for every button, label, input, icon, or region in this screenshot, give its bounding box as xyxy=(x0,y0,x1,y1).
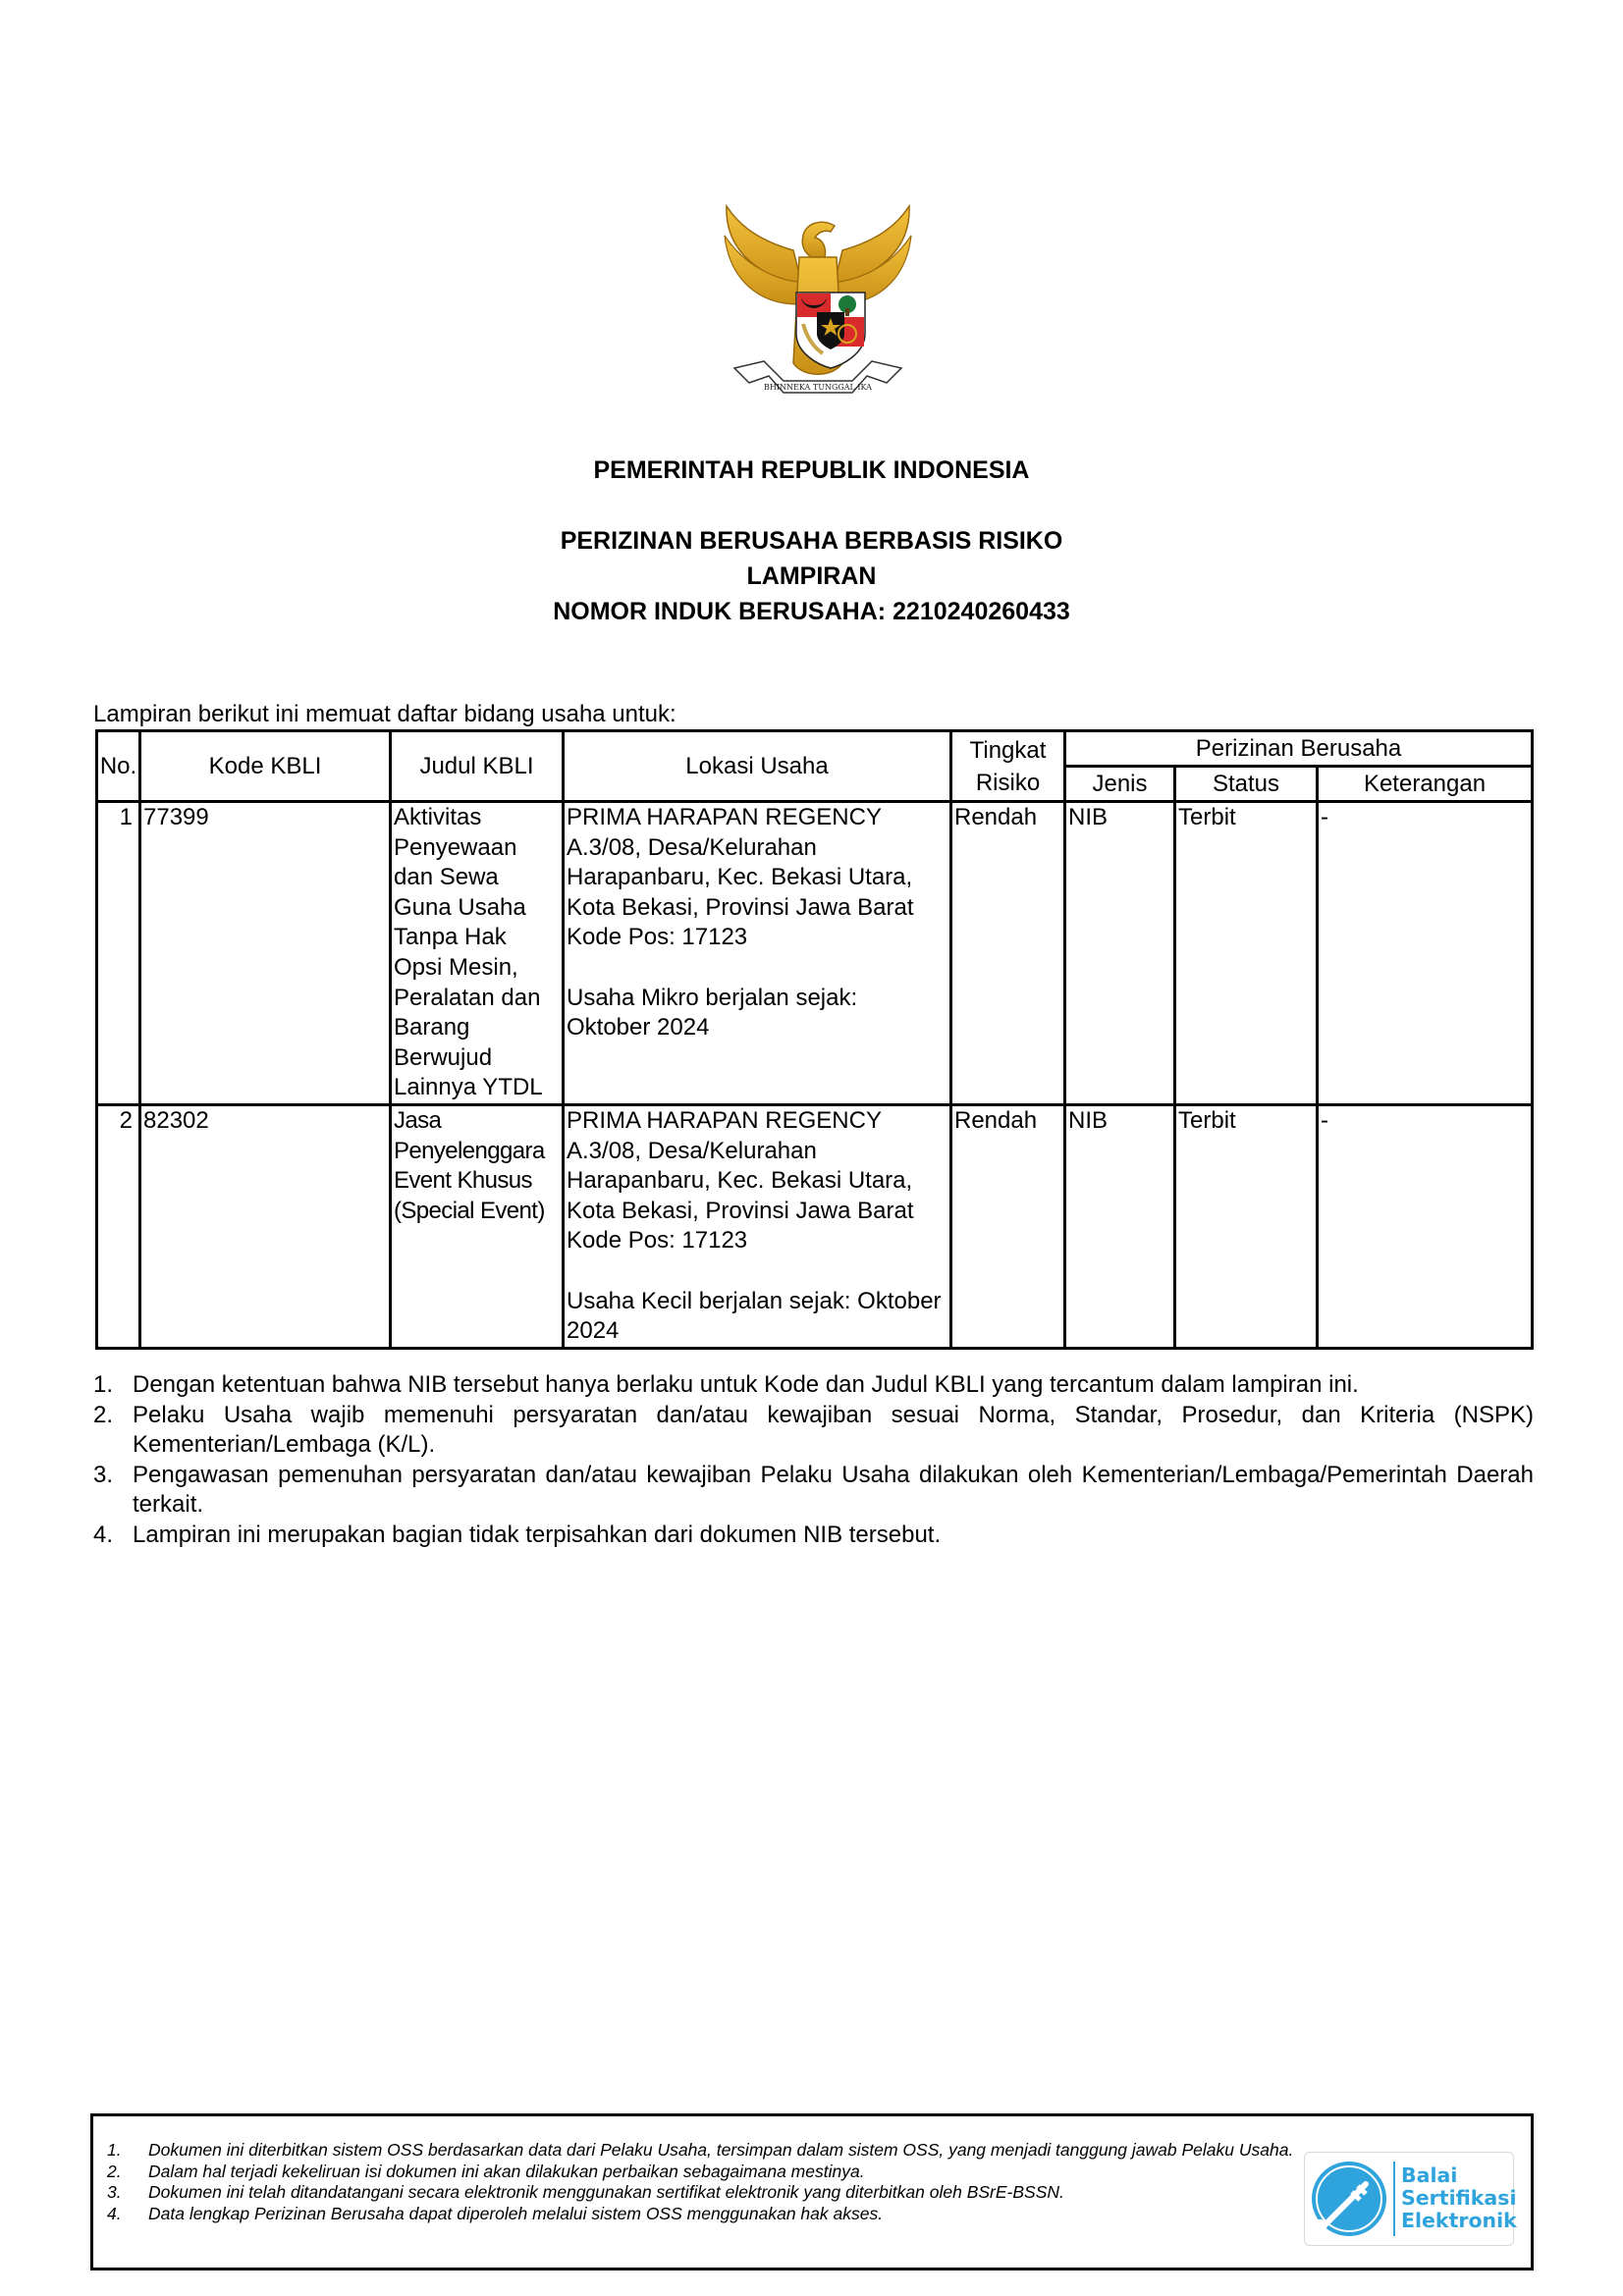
disclaimer-text: Data lengkap Perizinan Berusaha dapat di… xyxy=(148,2204,883,2225)
notes-list: 1.Dengan ketentuan bahwa NIB tersebut ha… xyxy=(93,1370,1534,1551)
cell-keterangan: - xyxy=(1318,802,1533,1105)
note-text: Lampiran ini merupakan bagian tidak terp… xyxy=(133,1521,1534,1551)
disclaimer-number: 1. xyxy=(107,2140,148,2162)
disclaimer-footer: 1.Dokumen ini diterbitkan sistem OSS ber… xyxy=(90,2113,1534,2270)
brand-line-3: Elektronik xyxy=(1401,2210,1517,2232)
cell-status: Terbit xyxy=(1175,1105,1318,1349)
cell-judul-kbli: Aktivitas Penyewaan dan Sewa Guna Usaha … xyxy=(391,802,564,1105)
table-row: 2 82302 Jasa Penyelenggara Event Khusus … xyxy=(97,1105,1533,1349)
bsre-logo: Balai Sertifikasi Elektronik xyxy=(1304,2152,1514,2246)
note-item: 4.Lampiran ini merupakan bagian tidak te… xyxy=(93,1521,1534,1551)
disclaimer-item: 2.Dalam hal terjadi kekeliruan isi dokum… xyxy=(107,2162,1295,2183)
disclaimer-number: 3. xyxy=(107,2182,148,2204)
header-tingkat-risiko: Tingkat Risiko xyxy=(951,731,1065,802)
brand-line-2: Sertifikasi xyxy=(1401,2187,1517,2210)
title-line-3-nib: NOMOR INDUK BERUSAHA: 2210240260433 xyxy=(0,594,1623,629)
header-keterangan: Keterangan xyxy=(1318,767,1533,802)
intro-text: Lampiran berikut ini memuat daftar bidan… xyxy=(93,700,676,729)
kbli-table: No. Kode KBLI Judul KBLI Lokasi Usaha Ti… xyxy=(95,729,1534,1350)
note-number: 3. xyxy=(93,1461,133,1521)
disclaimer-item: 1.Dokumen ini diterbitkan sistem OSS ber… xyxy=(107,2140,1295,2162)
disclaimer-number: 4. xyxy=(107,2204,148,2225)
bsre-brand-text: Balai Sertifikasi Elektronik xyxy=(1401,2164,1517,2232)
cell-tingkat-risiko: Rendah xyxy=(951,1105,1065,1349)
note-text: Pengawasan pemenuhan persyaratan dan/ata… xyxy=(133,1461,1534,1521)
cell-kode-kbli: 77399 xyxy=(140,802,391,1105)
note-number: 1. xyxy=(93,1370,133,1401)
title-line-2: LAMPIRAN xyxy=(0,559,1623,594)
disclaimer-number: 2. xyxy=(107,2162,148,2183)
header-kode-kbli: Kode KBLI xyxy=(140,731,391,802)
cell-keterangan: - xyxy=(1318,1105,1533,1349)
disclaimer-item: 3.Dokumen ini telah ditandatangani secar… xyxy=(107,2182,1295,2204)
garuda-emblem-icon: BHINNEKA TUNGGAL IKA xyxy=(705,196,931,422)
key-icon xyxy=(1309,2157,1389,2241)
note-number: 2. xyxy=(93,1401,133,1461)
table-row: 1 77399 Aktivitas Penyewaan dan Sewa Gun… xyxy=(97,802,1533,1105)
cell-kode-kbli: 82302 xyxy=(140,1105,391,1349)
header-lokasi-usaha: Lokasi Usaha xyxy=(564,731,951,802)
note-item: 3.Pengawasan pemenuhan persyaratan dan/a… xyxy=(93,1461,1534,1521)
header-status: Status xyxy=(1175,767,1318,802)
cell-jenis: NIB xyxy=(1065,802,1175,1105)
cell-no: 2 xyxy=(97,1105,140,1349)
header-jenis: Jenis xyxy=(1065,767,1175,802)
note-number: 4. xyxy=(93,1521,133,1551)
logo-divider xyxy=(1393,2162,1395,2236)
note-text: Pelaku Usaha wajib memenuhi persyaratan … xyxy=(133,1401,1534,1461)
cell-tingkat-risiko: Rendah xyxy=(951,802,1065,1105)
disclaimer-text: Dokumen ini diterbitkan sistem OSS berda… xyxy=(148,2140,1293,2162)
disclaimer-item: 4.Data lengkap Perizinan Berusaha dapat … xyxy=(107,2204,1295,2225)
government-heading: PEMERINTAH REPUBLIK INDONESIA xyxy=(0,453,1623,488)
note-item: 1.Dengan ketentuan bahwa NIB tersebut ha… xyxy=(93,1370,1534,1401)
document-title: PERIZINAN BERUSAHA BERBASIS RISIKO LAMPI… xyxy=(0,523,1623,629)
header-judul-kbli: Judul KBLI xyxy=(391,731,564,802)
brand-line-1: Balai xyxy=(1401,2164,1517,2187)
cell-lokasi-usaha: PRIMA HARAPAN REGENCY A.3/08, Desa/Kelur… xyxy=(564,1105,951,1349)
header-no: No. xyxy=(97,731,140,802)
disclaimer-list: 1.Dokumen ini diterbitkan sistem OSS ber… xyxy=(107,2140,1295,2224)
title-line-1: PERIZINAN BERUSAHA BERBASIS RISIKO xyxy=(0,523,1623,559)
cell-jenis: NIB xyxy=(1065,1105,1175,1349)
cell-no: 1 xyxy=(97,802,140,1105)
cell-judul-kbli: Jasa Penyelenggara Event Khusus (Special… xyxy=(391,1105,564,1349)
header-perizinan-berusaha: Perizinan Berusaha xyxy=(1065,731,1533,767)
cell-status: Terbit xyxy=(1175,802,1318,1105)
note-text: Dengan ketentuan bahwa NIB tersebut hany… xyxy=(133,1370,1534,1401)
emblem-motto: BHINNEKA TUNGGAL IKA xyxy=(764,383,872,392)
disclaimer-text: Dokumen ini telah ditandatangani secara … xyxy=(148,2182,1064,2204)
disclaimer-text: Dalam hal terjadi kekeliruan isi dokumen… xyxy=(148,2162,865,2183)
cell-lokasi-usaha: PRIMA HARAPAN REGENCY A.3/08, Desa/Kelur… xyxy=(564,802,951,1105)
note-item: 2.Pelaku Usaha wajib memenuhi persyarata… xyxy=(93,1401,1534,1461)
